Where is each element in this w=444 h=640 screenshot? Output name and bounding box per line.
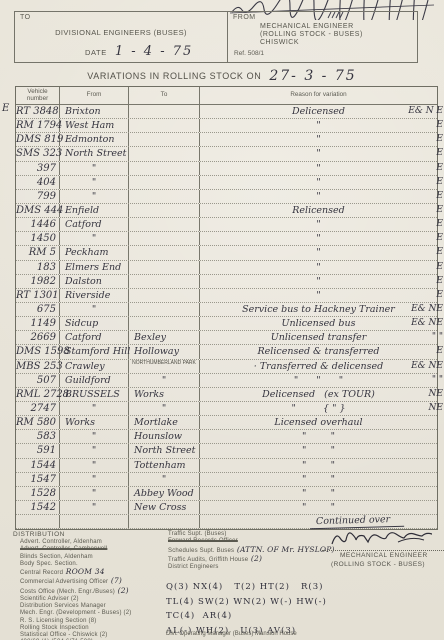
cell-to <box>129 232 200 245</box>
header-vehicle-number: Vehicle number <box>16 87 60 104</box>
distribution-item-text: Mech. Engr. (Development - Buses) (2) <box>20 610 131 616</box>
from-cell: FROM MECHANICAL ENGINEER (ROLLING STOCK … <box>228 12 417 62</box>
table-row: RT 1301Riverside"E <box>16 289 437 303</box>
from-line-2: (ROLLING STOCK - BUSES) <box>260 31 363 38</box>
cell-vehicle: 1547 <box>16 473 60 486</box>
distribution-item: Statistical Office - Chiswick (2) <box>20 632 170 639</box>
margin-mark: E <box>2 103 9 114</box>
distribution-item-text: Traffic Audits, Griffith House <box>168 557 248 563</box>
header-from: From <box>60 87 129 104</box>
table-row: RM 580WorksMortlakeLicensed overhaul <box>16 416 437 430</box>
cell-reason: Licensed overhaul <box>200 416 437 429</box>
cell-vehicle: 1528 <box>16 487 60 500</box>
cell-code: E& NE <box>373 303 443 316</box>
cell-to <box>129 218 200 231</box>
cell-from: " <box>60 402 129 415</box>
distribution-item-text: R. S. Licensing Section (8) <box>20 618 96 624</box>
distribution-list-middle: Traffic Supt. (Buses)Forward Records Off… <box>168 531 318 571</box>
cell-vehicle: RM 1794 <box>16 119 60 132</box>
cell-reason: " " <box>200 487 437 500</box>
cell-vehicle: 1544 <box>16 459 60 472</box>
table-row: 675"Service bus to Hackney TrainerE& NE <box>16 303 437 317</box>
cell-code: E <box>373 119 443 132</box>
table-row: 799""E <box>16 190 437 204</box>
cell-to <box>129 204 200 217</box>
cell-code: E <box>373 162 443 175</box>
cell-to <box>129 147 200 160</box>
cell-from: " <box>60 303 129 316</box>
cell-from: Crawley <box>60 360 129 373</box>
cell-to <box>129 303 200 316</box>
distribution-title: DISTRIBUTION <box>13 531 65 538</box>
table-row: DMS 1598Stamford HillHollowayRelicensed … <box>16 345 437 359</box>
to-cell: TO DIVISIONAL ENGINEERS (BUSES) DATE1 - … <box>15 12 228 62</box>
cell-vehicle: DMS 1598 <box>16 345 60 358</box>
garage-code-lines: Q(3) NX(4) T(2) HT(2) R(3)TL(4) SW(2) WN… <box>166 580 327 638</box>
cell-from: " <box>60 232 129 245</box>
distribution-item: Advert. Controller, Camberwell <box>20 546 170 553</box>
table-row: MBS 253CrawleyNORTHUMBERLAND PARK· Trans… <box>16 360 437 374</box>
handwritten-addition: ROOM 34 <box>63 567 105 576</box>
cell-to: " <box>129 473 200 486</box>
cell-vehicle: 183 <box>16 261 60 274</box>
distribution-list-left: Advert. Controller, AldenhamAdvert. Cont… <box>20 539 170 640</box>
cell-code: E <box>373 246 443 259</box>
distribution-item: District Engineers <box>168 564 318 571</box>
cell-to <box>129 176 200 189</box>
to-value: DIVISIONAL ENGINEERS (BUSES) <box>15 28 227 37</box>
cell-from: " <box>60 162 129 175</box>
cell-vehicle: 583 <box>16 430 60 443</box>
distribution-item-text: Central Record <box>20 570 63 576</box>
cell-to <box>129 275 200 288</box>
cell-to <box>129 289 200 302</box>
cell-from: BRUSSELS <box>60 388 129 401</box>
cell-vehicle: 507 <box>16 374 60 387</box>
cell-code: E& NE <box>373 360 443 373</box>
table-row: 1982Dalston"E <box>16 275 437 289</box>
cell-to <box>129 119 200 132</box>
cell-from: West Ham <box>60 119 129 132</box>
stock-table-body: RT 3848BrixtonDelicensedE& N ERM 1794Wes… <box>16 105 437 529</box>
date-row: DATE1 - 4 - 75 <box>85 44 193 59</box>
table-header-row: Vehicle number From To Reason for variat… <box>16 87 437 105</box>
cell-to: " <box>129 402 200 415</box>
cell-code: E <box>373 133 443 146</box>
distribution-item-text: Rolling Stock Inspection <box>20 625 89 631</box>
table-row: 1542"New Cross" " <box>16 501 437 515</box>
cell-from: Elmers End <box>60 261 129 274</box>
table-row: RT 3848BrixtonDelicensedE& N E <box>16 105 437 119</box>
table-row: RM 1794West Ham"E <box>16 119 437 133</box>
table-row: 583"Hounslow" " <box>16 430 437 444</box>
cell-reason: " " <box>200 473 437 486</box>
cell-vehicle: RM 580 <box>16 416 60 429</box>
cell-to <box>129 515 200 528</box>
cell-from: Stamford Hill <box>60 345 129 358</box>
cell-vehicle: 799 <box>16 190 60 203</box>
header-to: To <box>129 87 200 104</box>
cell-vehicle: DMS 819 <box>16 133 60 146</box>
garage-code-line: Q(3) NX(4) T(2) HT(2) R(3) <box>166 580 327 595</box>
distribution-item-text: District Engineers <box>168 564 219 570</box>
cell-code: E <box>373 204 443 217</box>
cell-code: E <box>373 218 443 231</box>
cell-vehicle: 2669 <box>16 331 60 344</box>
cell-code: NE <box>373 388 443 401</box>
handwritten-addition: (ATTN. OF Mr. HYSLOP) <box>234 545 334 554</box>
garage-code-line: TL(4) SW(2) WN(2) W(-) HW(-) <box>166 595 327 610</box>
handwritten-addition: (7) <box>108 576 122 585</box>
distribution-item: Blinds Section, Aldenham <box>20 554 170 561</box>
cell-to: " <box>129 374 200 387</box>
cell-vehicle: RML 2728 <box>16 388 60 401</box>
cell-from: Works <box>60 416 129 429</box>
cell-from: Dalston <box>60 275 129 288</box>
cell-code: E <box>373 345 443 358</box>
cell-to <box>129 105 200 118</box>
table-row: 1149SidcupUnlicensed busE& NE <box>16 317 437 331</box>
cell-to <box>129 246 200 259</box>
distribution-item-text: Schedules Supt. Buses <box>168 548 234 554</box>
cell-code: E& N E <box>373 105 443 118</box>
ref-number: Ref. 508/1 <box>234 50 264 57</box>
signature-line <box>322 549 444 551</box>
table-row: 507Guildford"" " "" " <box>16 374 437 388</box>
title-date: 27- 3 - 75 <box>269 68 356 84</box>
cell-from: Brixton <box>60 105 129 118</box>
cell-vehicle: 404 <box>16 176 60 189</box>
table-row: SMS 323North Street"E <box>16 147 437 161</box>
from-label: FROM <box>233 14 256 21</box>
table-row: DMS 819Edmonton"E <box>16 133 437 147</box>
from-line-3: CHISWICK <box>260 39 299 46</box>
cell-vehicle: 1446 <box>16 218 60 231</box>
cell-from: Catford <box>60 218 129 231</box>
cell-to <box>129 317 200 330</box>
table-row: 1544"Tottenham" " <box>16 459 437 473</box>
distribution-item-text: Statistical Office - Chiswick (2) <box>20 632 108 638</box>
table-row: 1450""E <box>16 232 437 246</box>
table-row: 397""E <box>16 162 437 176</box>
cell-vehicle: DMS 444 <box>16 204 60 217</box>
from-line-1: MECHANICAL ENGINEER <box>260 23 354 30</box>
signatory-title-1: MECHANICAL ENGINEER <box>340 552 428 559</box>
distribution-item-text: Costs Office (Mech. Engr./Buses) <box>20 589 115 595</box>
cell-code: " " <box>373 374 443 387</box>
cell-vehicle: RM 5 <box>16 246 60 259</box>
cell-from: Peckham <box>60 246 129 259</box>
cell-from: North Street <box>60 147 129 160</box>
cell-code: E <box>373 275 443 288</box>
page-title: VARIATIONS IN ROLLING STOCK ON27- 3 - 75 <box>0 66 444 84</box>
cell-reason: " " <box>200 444 437 457</box>
cell-to <box>129 190 200 203</box>
distribution-bottom-line: Divl. Operating Manager (Buses) Mansion … <box>166 631 297 637</box>
cell-vehicle: 1450 <box>16 232 60 245</box>
cell-vehicle <box>16 515 60 528</box>
table-row: 1528"Abbey Wood" " <box>16 487 437 501</box>
cell-from: " <box>60 190 129 203</box>
cell-to: Holloway <box>129 345 200 358</box>
cell-code: " " <box>373 331 443 344</box>
cell-from: Catford <box>60 331 129 344</box>
cell-to: Mortlake <box>129 416 200 429</box>
cell-from <box>60 515 129 528</box>
table-row: RM 5Peckham"E <box>16 246 437 260</box>
scanned-memo-page: TO DIVISIONAL ENGINEERS (BUSES) DATE1 - … <box>0 0 444 640</box>
cell-code: E <box>373 289 443 302</box>
distribution-item-text: Distribution Services Manager <box>20 603 106 609</box>
cell-to: Abbey Wood <box>129 487 200 500</box>
to-label: TO <box>20 14 31 21</box>
cell-from: Enfield <box>60 204 129 217</box>
distribution-item: R. S. Licensing Section (8) <box>20 618 170 625</box>
distribution-item: Rolling Stock Inspection <box>20 625 170 632</box>
cell-to: Hounslow <box>129 430 200 443</box>
cell-code: E <box>373 261 443 274</box>
header-box: TO DIVISIONAL ENGINEERS (BUSES) DATE1 - … <box>14 11 418 63</box>
cell-from: " <box>60 444 129 457</box>
cell-code: NE <box>373 402 443 415</box>
table-row: RML 2728BRUSSELSWorksDelicensed (ex TOUR… <box>16 388 437 402</box>
cell-to: Works <box>129 388 200 401</box>
header-reason: Reason for variation <box>200 87 437 104</box>
cell-code: E <box>373 147 443 160</box>
distribution-item-text: Scientific Adviser (2) <box>20 596 79 602</box>
cell-vehicle: 1982 <box>16 275 60 288</box>
table-row: 1446Catford"E <box>16 218 437 232</box>
distribution-item: Central Record ROOM 34 <box>20 568 170 577</box>
cell-to: New Cross <box>129 501 200 514</box>
distribution-item: Traffic Supt. (Buses) <box>168 531 318 538</box>
cell-to: North Street <box>129 444 200 457</box>
cell-vehicle: SMS 323 <box>16 147 60 160</box>
distribution-item: Schedules Supt. Buses (ATTN. OF Mr. HYSL… <box>168 546 318 555</box>
distribution-item-text: Traffic Supt. (Buses) <box>168 531 227 537</box>
cell-to: Bexley <box>129 331 200 344</box>
cell-reason: " " <box>200 430 437 443</box>
table-row: 1547""" " <box>16 473 437 487</box>
cell-code: E <box>373 232 443 245</box>
distribution-item: Commercial Advertising Officer (7) <box>20 577 170 586</box>
signatory-title-2: (ROLLING STOCK - BUSES) <box>331 561 425 568</box>
table-row: 2747""" { " }NE <box>16 402 437 416</box>
cell-code: E& NE <box>373 317 443 330</box>
garage-code-line: TC(4) AR(4) <box>166 609 327 624</box>
cell-vehicle: RT 3848 <box>16 105 60 118</box>
cell-to <box>129 133 200 146</box>
distribution-item-text: Blinds Section, Aldenham <box>20 554 93 560</box>
cell-vehicle: 1542 <box>16 501 60 514</box>
variations-table: Vehicle number From To Reason for variat… <box>15 86 438 530</box>
handwritten-addition: (2) <box>248 554 262 563</box>
continued-over-note: Continued over <box>310 514 404 529</box>
cell-vehicle: MBS 253 <box>16 360 60 373</box>
distribution-item-text: Advert. Controller, Aldenham <box>20 539 102 545</box>
cell-to: NORTHUMBERLAND PARK <box>129 360 200 373</box>
cell-from: Edmonton <box>60 133 129 146</box>
table-row: DMS 444EnfieldRelicensedE <box>16 204 437 218</box>
cell-reason: " " <box>200 501 437 514</box>
cell-from: " <box>60 459 129 472</box>
table-row: 183Elmers End"E <box>16 261 437 275</box>
distribution-item: Advert. Controller, Aldenham <box>20 539 170 546</box>
distribution-item: Distribution Services Manager <box>20 603 170 610</box>
cell-from: Guildford <box>60 374 129 387</box>
distribution-item: Scientific Adviser (2) <box>20 596 170 603</box>
cell-vehicle: 397 <box>16 162 60 175</box>
cell-to <box>129 162 200 175</box>
cell-from: " <box>60 473 129 486</box>
cell-from: " <box>60 176 129 189</box>
cell-to: Tottenham <box>129 459 200 472</box>
cell-to <box>129 261 200 274</box>
cell-vehicle: 2747 <box>16 402 60 415</box>
cell-from: " <box>60 487 129 500</box>
distribution-item: Costs Office (Mech. Engr./Buses) (2) <box>20 587 170 596</box>
cell-vehicle: 675 <box>16 303 60 316</box>
cell-from: " <box>60 501 129 514</box>
table-row: 591"North Street" " <box>16 444 437 458</box>
cell-from: Riverside <box>60 289 129 302</box>
cell-code: E <box>373 176 443 189</box>
cell-vehicle: RT 1301 <box>16 289 60 302</box>
cell-vehicle: 591 <box>16 444 60 457</box>
distribution-item-text: Commercial Advertising Officer <box>20 579 108 585</box>
table-row: 2669CatfordBexleyUnlicensed transfer" " <box>16 331 437 345</box>
title-text: VARIATIONS IN ROLLING STOCK ON <box>87 71 261 81</box>
cell-reason: " " <box>200 459 437 472</box>
distribution-item-text: Forward Records Officer <box>168 538 238 544</box>
cell-vehicle: 1149 <box>16 317 60 330</box>
distribution-item-text: Body Spec. Section. <box>20 561 78 567</box>
distribution-item: Traffic Audits, Griffith House (2) <box>168 555 318 564</box>
cell-from: Sidcup <box>60 317 129 330</box>
cell-code: E <box>373 190 443 203</box>
table-row: 404""E <box>16 176 437 190</box>
handwritten-addition: (2) <box>115 586 129 595</box>
distribution-item: Mech. Engr. (Development - Buses) (2) <box>20 610 170 617</box>
date-value: 1 - 4 - 75 <box>115 44 193 59</box>
distribution-item-text: Advert. Controller, Camberwell <box>20 546 107 552</box>
cell-from: " <box>60 430 129 443</box>
date-label: DATE <box>85 48 107 57</box>
